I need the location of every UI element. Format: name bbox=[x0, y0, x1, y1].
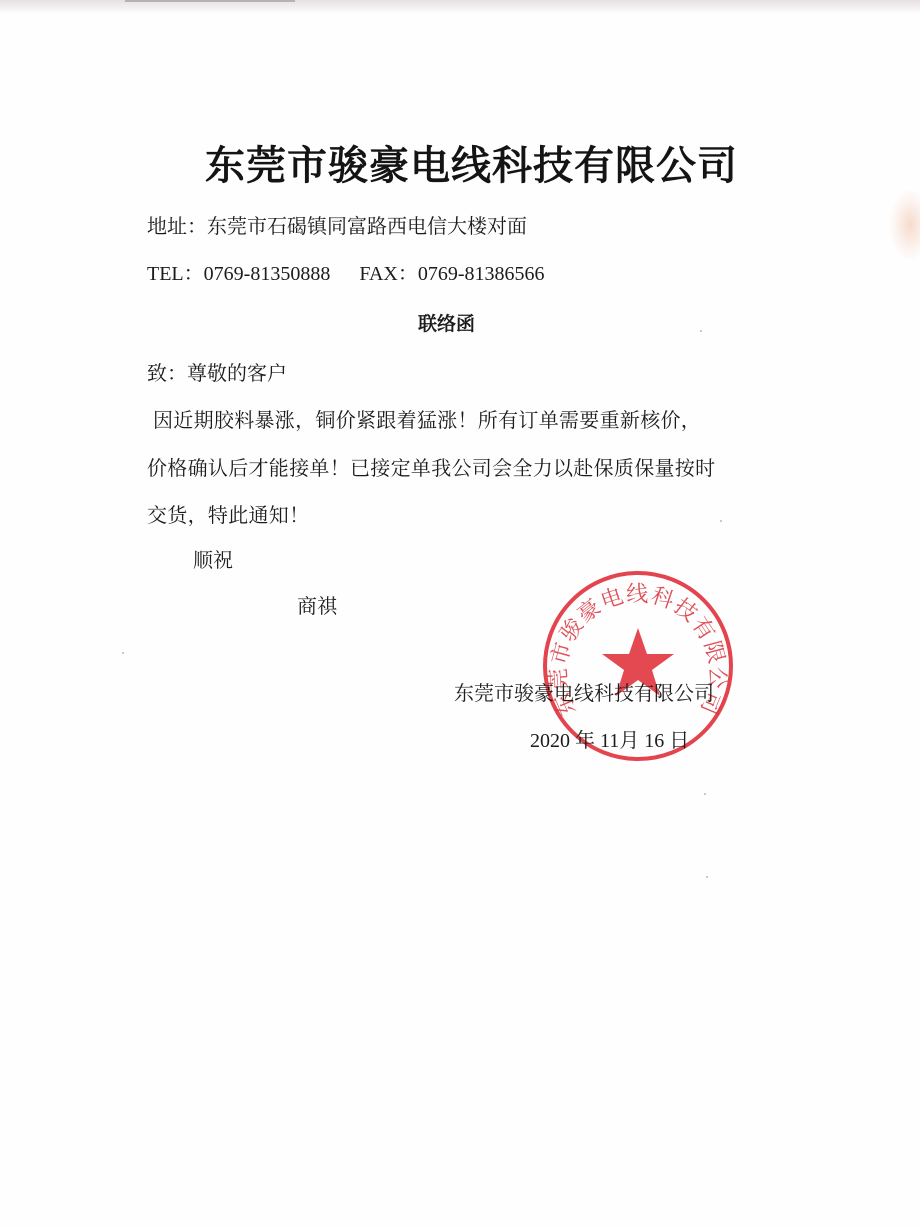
body-paragraph-line: 价格确认后才能接单！已接定单我公司会全力以赴保质保量按时 bbox=[147, 452, 715, 481]
address-value: 东莞市石碣镇同富路西电信大楼对面 bbox=[207, 214, 527, 238]
address-line: 地址：东莞市石碣镇同富路西电信大楼对面 bbox=[147, 210, 527, 239]
body-paragraph-line: 因近期胶料暴涨，铜价紧跟着猛涨！所有订单需要重新核价， bbox=[153, 404, 701, 433]
signatory-company: 东莞市骏豪电线科技有限公司 bbox=[454, 677, 714, 706]
page-top-edge-mark bbox=[125, 0, 295, 2]
salutation: 致：尊敬的客户 bbox=[147, 357, 287, 386]
body-paragraph-line: 交货，特此通知！ bbox=[147, 499, 309, 528]
salutation-label: 致： bbox=[147, 361, 187, 385]
date-day-unit: 日 bbox=[669, 730, 689, 752]
contact-line: TEL：0769-81350888 FAX：0769-81386566 bbox=[147, 257, 545, 286]
fax-label: FAX： bbox=[359, 263, 418, 285]
company-title: 东莞市骏豪电线科技有限公司 bbox=[205, 134, 738, 191]
finger-smudge bbox=[890, 190, 920, 260]
letter-date: 2020 年 11月 16 日 bbox=[530, 724, 689, 753]
closing-wish: 顺祝 bbox=[193, 544, 233, 573]
address-label: 地址： bbox=[147, 214, 207, 238]
tel-value: 0769-81350888 bbox=[204, 263, 331, 285]
recipient: 尊敬的客户 bbox=[187, 361, 287, 385]
fax-value: 0769-81386566 bbox=[418, 263, 545, 285]
date-year-unit: 年 bbox=[575, 730, 595, 752]
page-top-shadow bbox=[0, 0, 920, 14]
paper-speck bbox=[704, 793, 706, 795]
date-year: 2020 bbox=[530, 730, 570, 752]
paper-speck bbox=[706, 876, 708, 878]
tel-label: TEL： bbox=[147, 263, 204, 285]
date-day: 16 bbox=[644, 730, 664, 752]
date-month: 11 bbox=[600, 730, 619, 752]
paper-speck bbox=[122, 652, 124, 654]
paper-speck bbox=[720, 520, 722, 522]
date-month-unit: 月 bbox=[619, 730, 639, 752]
paper-speck bbox=[700, 330, 702, 332]
closing-regards: 商祺 bbox=[297, 590, 337, 619]
document-type-heading: 联络函 bbox=[418, 309, 475, 336]
